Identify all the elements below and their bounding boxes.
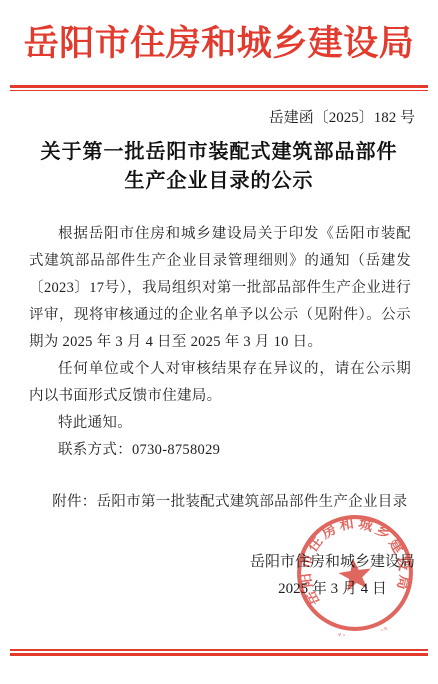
signature-agency: 岳阳市住房和城乡建设局 [250,549,415,576]
signature-block: 岳阳市住房和城乡建设局 2025 年 3 月 4 日 [250,549,415,603]
body-paragraph: 任何单位或个人对审核结果存在异议的，请在公示期内以书面形式反馈市住建局。 [29,356,411,410]
signature-date: 2025 年 3 月 4 日 [250,576,415,603]
body-paragraph: 联系方式：0730-8758029 [29,437,411,464]
body-paragraph: 根据岳阳市住房和城乡建设局关于印发《岳阳市装配式建筑部品部件生产企业目录管理细则… [29,221,411,356]
attachment-line: 附件：岳阳市第一批装配式建筑部品部件生产企业目录 [29,489,411,516]
body-paragraph: 特此通知。 [29,410,411,437]
letterhead-agency-name: 岳阳市住房和城乡建设局 [0,16,438,66]
title-line-1: 关于第一批岳阳市装配式建筑部品部件 [0,138,438,167]
footer-divider [10,649,428,656]
seal-code-text: 4306000043889 [336,625,392,642]
title-line-2: 生产企业目录的公示 [0,167,438,196]
document-title: 关于第一批岳阳市装配式建筑部品部件 生产企业目录的公示 [0,138,438,196]
letterhead-divider [10,85,428,91]
document-page: 岳阳市住房和城乡建设局 岳建函〔2025〕182 号 关于第一批岳阳市装配式建筑… [0,0,438,684]
document-body: 根据岳阳市住房和城乡建设局关于印发《岳阳市装配式建筑部品部件生产企业目录管理细则… [29,221,411,464]
doc-number: 岳建函〔2025〕182 号 [269,106,415,127]
